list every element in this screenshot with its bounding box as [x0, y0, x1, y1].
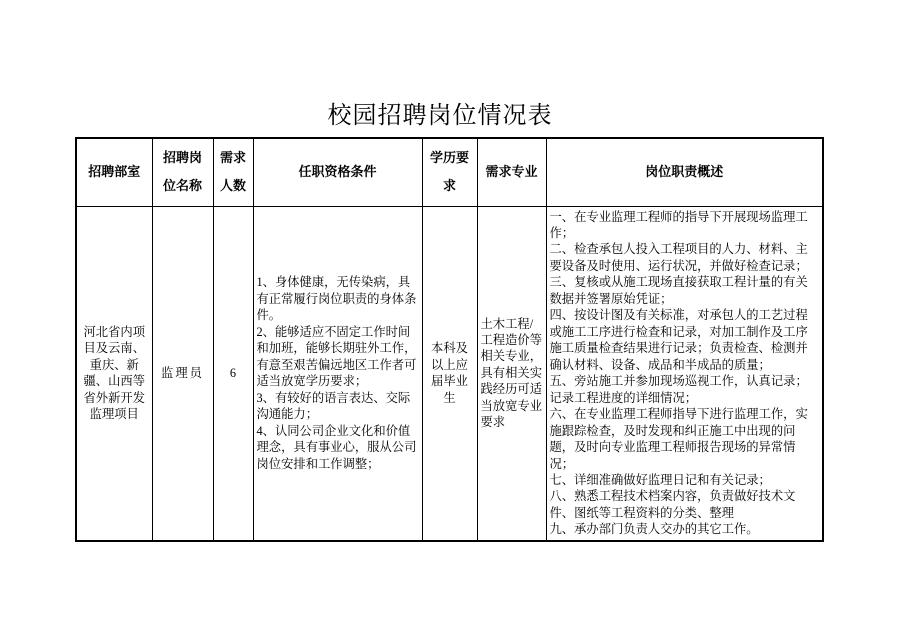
cell-position-name: 监理员: [152, 206, 213, 541]
document-page: { "document": { "title": "校园招聘岗位情况表" }, …: [0, 0, 900, 636]
cell-qualifications: 1、身体健康，无传染病，具有正常履行岗位职责的身体条件。 2、能够适应不固定工作…: [253, 206, 422, 541]
document-title: 校园招聘岗位情况表: [0, 95, 880, 130]
cell-department: 河北省内项目及云南、重庆、新疆、山西等省外新开发监理项目: [76, 206, 152, 541]
header-department: 招聘部室: [76, 138, 152, 206]
header-position-name: 招聘岗位名称: [152, 138, 213, 206]
table-header-row: 招聘部室 招聘岗位名称 需求人数 任职资格条件 学历要求 需求专业 岗位职责概述: [76, 138, 823, 206]
table-row: 河北省内项目及云南、重庆、新疆、山西等省外新开发监理项目 监理员 6 1、身体健…: [76, 206, 823, 541]
header-education: 学历要求: [422, 138, 477, 206]
header-major: 需求专业: [477, 138, 546, 206]
header-qualifications: 任职资格条件: [253, 138, 422, 206]
cell-major: 土木工程/工程造价等相关专业，具有相关实践经历可适当放宽专业要求: [477, 206, 546, 541]
cell-responsibilities: 一、在专业监理工程师的指导下开展现场监理工作； 二、检查承包人投入工程项目的人力…: [546, 206, 823, 541]
header-headcount: 需求人数: [213, 138, 253, 206]
recruitment-table: 招聘部室 招聘岗位名称 需求人数 任职资格条件 学历要求 需求专业 岗位职责概述…: [75, 137, 824, 542]
cell-education: 本科及以上应届毕业生: [422, 206, 477, 541]
header-responsibilities: 岗位职责概述: [546, 138, 823, 206]
cell-headcount: 6: [213, 206, 253, 541]
